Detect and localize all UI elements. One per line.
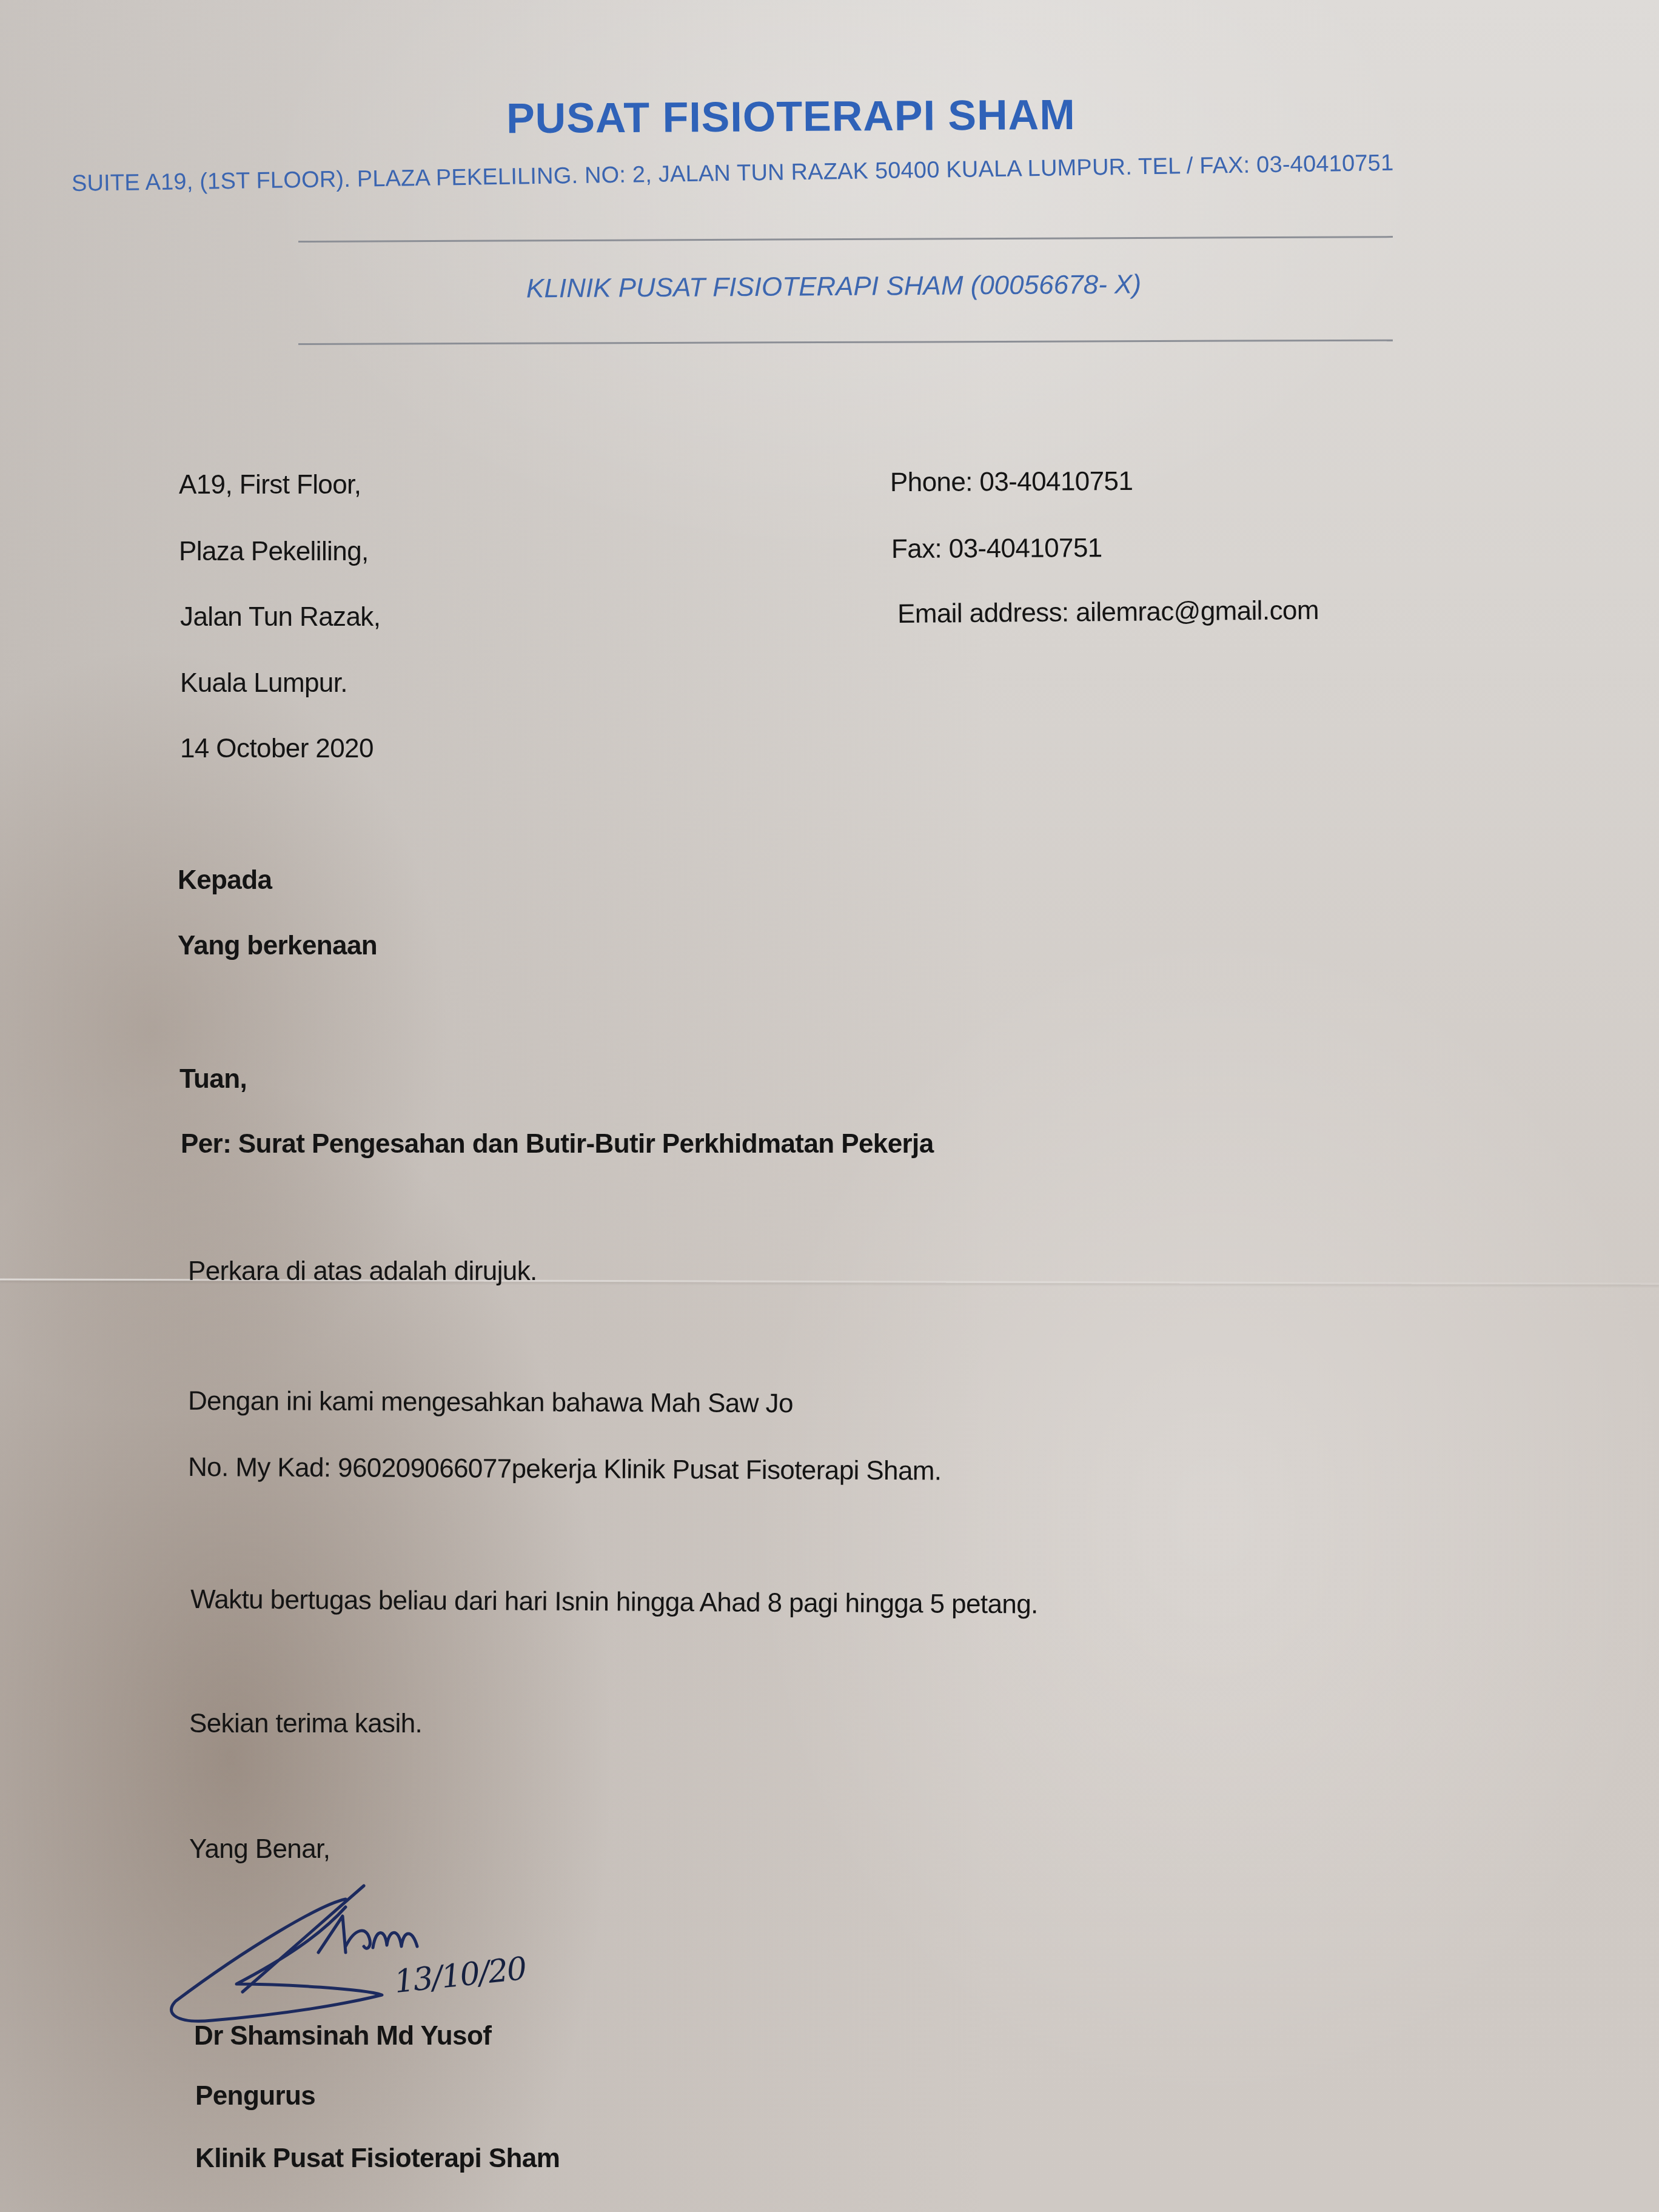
clinic-registration: KLINIK PUSAT FISIOTERAPI SHAM (00056678-… [526,269,1141,304]
salutation: Tuan, [179,1064,247,1094]
sender-address-line: Kuala Lumpur. [180,668,347,699]
recipient-line: Kepada [178,865,272,896]
signatory-title: Pengurus [195,2081,315,2111]
sender-address-line: Jalan Tun Razak, [180,602,380,632]
recipient-line: Yang berkenaan [178,931,377,961]
sender-address-line: A19, First Floor, [179,470,361,500]
contact-email: Email address: ailemrac@gmail.com [897,595,1319,629]
letter-date: 14 October 2020 [180,734,374,764]
signatory-organization: Klinik Pusat Fisioterapi Sham [195,2143,560,2174]
body-paragraph: No. My Kad: 960209066077pekerja Klinik P… [188,1452,942,1487]
contact-phone: Phone: 03-40410751 [890,466,1133,498]
signatory-name: Dr Shamsinah Md Yusof [194,2021,491,2051]
body-paragraph: Waktu bertugas beliau dari hari Isnin hi… [190,1584,1038,1620]
subject-line: Per: Surat Pengesahan dan Butir-Butir Pe… [181,1129,934,1159]
closing-thanks: Sekian terima kasih. [189,1709,422,1739]
sender-address-line: Plaza Pekeliling, [179,537,369,567]
letterhead-title: PUSAT FISIOTERAPI SHAM [506,90,1076,143]
body-paragraph: Dengan ini kami mengesahkan bahawa Mah S… [188,1386,793,1419]
contact-fax: Fax: 03-40410751 [891,533,1102,565]
closing-signoff: Yang Benar, [189,1834,330,1865]
body-paragraph: Perkara di atas adalah dirujuk. [188,1256,537,1287]
